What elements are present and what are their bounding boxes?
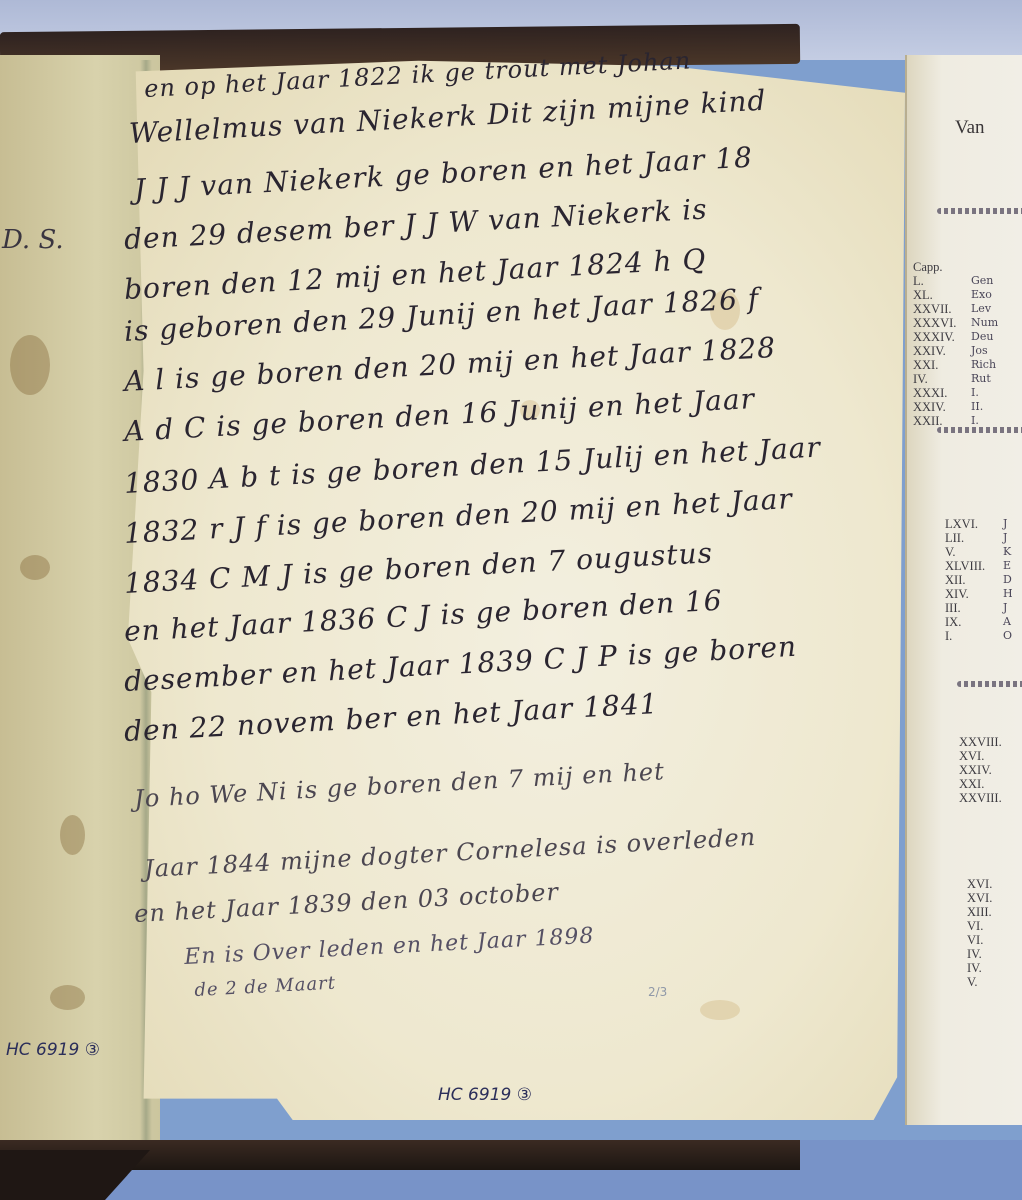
- chapter-index-group-3: XXVIII. XVI. XXIV. XXI. XXVIII.: [959, 735, 1022, 805]
- index-row: XVI.: [967, 891, 1022, 905]
- handwritten-register: en op het Jaar 1822 ik ge trout met Joha…: [125, 55, 915, 955]
- right-page-header: Van: [955, 117, 985, 139]
- index-row: VI.: [967, 919, 1022, 933]
- chapter-index-group-4: XVI. XVI. XIII. VI. VI. IV. IV. V.: [967, 877, 1022, 989]
- index-row: XXXVI.Num: [913, 316, 1022, 330]
- index-row: IV.: [967, 947, 1022, 961]
- index-row: XXXIV.Deu: [913, 330, 1022, 344]
- hw-line: en het Jaar 1839 den 03 october: [134, 878, 560, 928]
- index-row: L.Gen: [913, 274, 1022, 288]
- index-row: XXI.: [959, 777, 1022, 791]
- archive-stamp-flyleaf: HC 6919 ③: [6, 1040, 100, 1060]
- index-row: XXI.Rich: [913, 358, 1022, 372]
- pencil-mark: 2/3: [648, 985, 667, 999]
- index-row: XIV.H: [945, 587, 1022, 601]
- ornament-divider: [937, 427, 1022, 433]
- index-row: XXVIII.: [959, 735, 1022, 749]
- stain: [50, 985, 85, 1010]
- index-row: V.: [967, 975, 1022, 989]
- index-row: III.J: [945, 601, 1022, 615]
- index-row: XXIV.Jos: [913, 344, 1022, 358]
- index-row: XXVIII.: [959, 791, 1022, 805]
- index-row: IV.Rut: [913, 372, 1022, 386]
- index-row: I.O: [945, 629, 1022, 643]
- stain: [700, 1000, 740, 1020]
- index-row: LII.J: [945, 531, 1022, 545]
- hw-line: Jo ho We Ni is ge boren den 7 mij en het: [134, 757, 666, 813]
- archive-stamp-page: HC 6919 ③: [438, 1085, 532, 1105]
- printed-index-page: Van Capp. L.Gen XL.Exo XXVII.Lev XXXVI.N…: [905, 55, 1022, 1125]
- index-row: XXXI.I.: [913, 386, 1022, 400]
- index-row: V.K: [945, 545, 1022, 559]
- margin-note: D. S.: [2, 225, 64, 255]
- chapter-index-group-1: Capp. L.Gen XL.Exo XXVII.Lev XXXVI.Num X…: [913, 260, 1022, 428]
- index-row: XVI.: [959, 749, 1022, 763]
- index-row: VI.: [967, 933, 1022, 947]
- index-row: LXVI.J: [945, 517, 1022, 531]
- hw-line: Jaar 1844 mijne dogter Cornelesa is over…: [144, 823, 757, 883]
- index-row: IX.A: [945, 615, 1022, 629]
- hw-line: den 22 novem ber en het Jaar 1841: [123, 687, 659, 748]
- chapter-index-group-2: LXVI.J LII.J V.K XLVIII.E XII.D XIV.H II…: [945, 517, 1022, 643]
- index-row: XXIV.II.: [913, 400, 1022, 414]
- column-label: Capp.: [913, 260, 1022, 274]
- index-row: XL.Exo: [913, 288, 1022, 302]
- index-row: XIII.: [967, 905, 1022, 919]
- ornament-divider: [937, 208, 1022, 214]
- stain: [20, 555, 50, 580]
- index-row: XXVII.Lev: [913, 302, 1022, 316]
- stain: [10, 335, 50, 395]
- index-row: XXIV.: [959, 763, 1022, 777]
- index-row: XLVIII.E: [945, 559, 1022, 573]
- index-row: XXII.I.: [913, 414, 1022, 428]
- index-row: XII.D: [945, 573, 1022, 587]
- index-row: IV.: [967, 961, 1022, 975]
- stain: [60, 815, 85, 855]
- index-row: XVI.: [967, 877, 1022, 891]
- ornament-divider: [957, 681, 1022, 687]
